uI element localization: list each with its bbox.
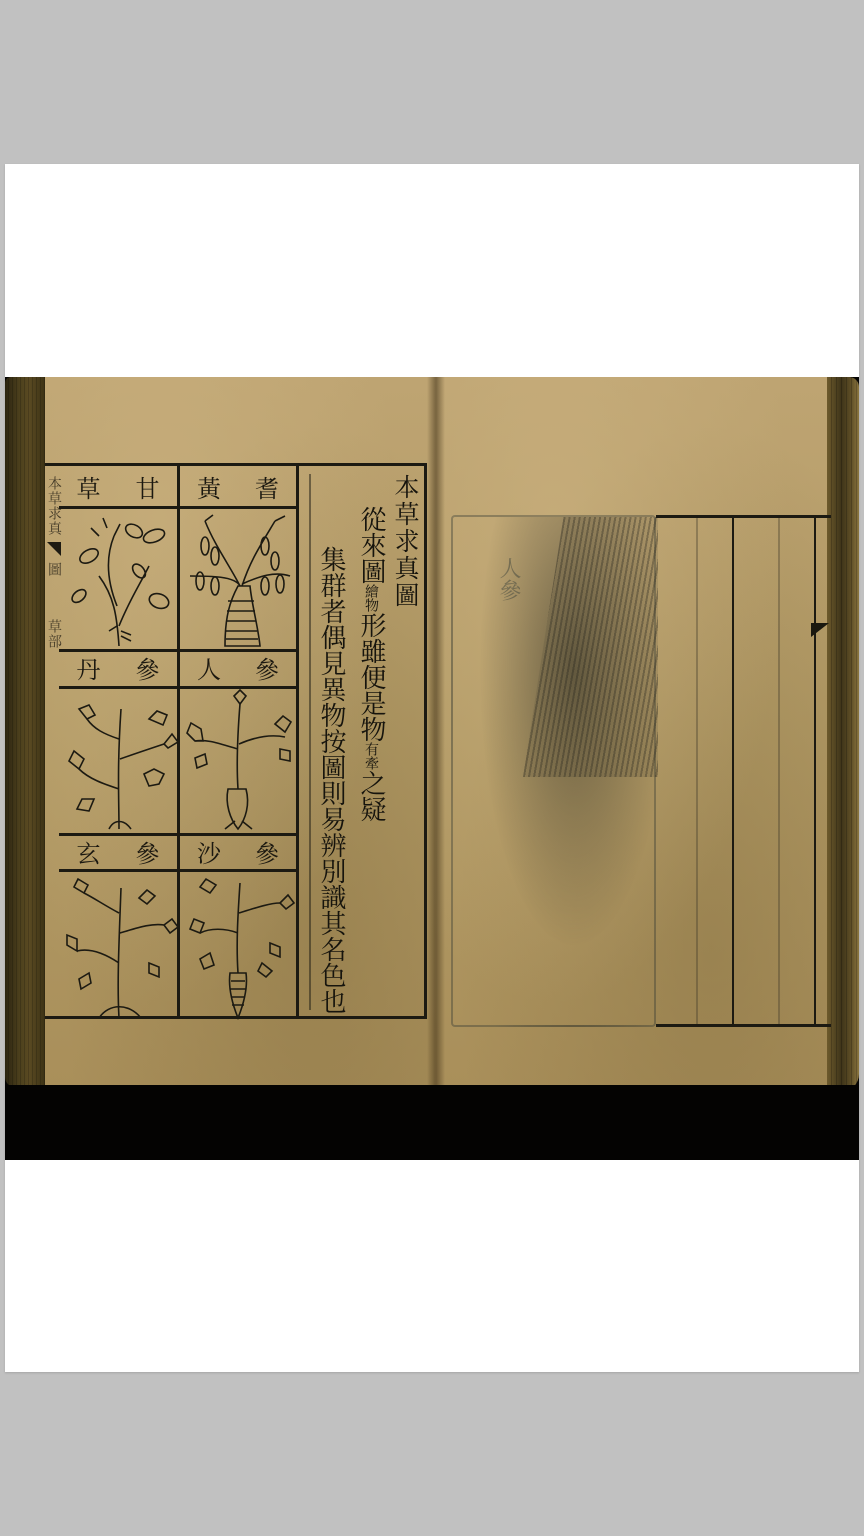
faded-bleed-through-area: 人參 [451, 515, 656, 1027]
renshen-plant-icon [180, 689, 296, 836]
plant-label: 參 人 [180, 649, 296, 686]
column-rule [732, 518, 734, 1024]
plant-label: 參 丹 [59, 649, 177, 686]
preface-column-2: 集群者偶見異物按圖則易辨別識其名色也 [318, 546, 344, 1014]
book-gutter [427, 377, 445, 1092]
open-book: 本草求真 圖 草部 甘 草 [5, 377, 859, 1092]
book-left-edge [5, 377, 45, 1087]
column-rule [696, 518, 698, 1024]
left-page-print-frame: 本草求真 圖 草部 甘 草 [45, 463, 427, 1019]
plant-cell-gancao: 甘 草 [59, 466, 177, 649]
column-rule [814, 518, 816, 1024]
plant-cell-renshen: 參 人 [180, 649, 296, 833]
plant-cell-shashen: 參 沙 [180, 833, 296, 1019]
plant-cell-huangqi: 耆 黃 [180, 466, 296, 649]
preface-text-panel: 本草求真圖 從來圖繪物形雖便是物有牽之疑 集群者偶見異物按圖則易辨別識其名色也 [301, 466, 427, 1016]
column-rule [309, 474, 311, 1010]
danshen-plant-icon [59, 689, 177, 836]
ink-smudge [523, 517, 658, 777]
plant-label: 耆 黃 [180, 466, 296, 506]
xuanshen-plant-icon [59, 873, 177, 1023]
plant-illustration-grid: 甘 草 [59, 466, 299, 1016]
huangqi-plant-icon [180, 506, 296, 649]
preface-column-1: 從來圖繪物形雖便是物有牽之疑 [358, 506, 384, 822]
plant-label: 參 沙 [180, 833, 296, 869]
dark-backdrop [5, 1085, 859, 1160]
plant-cell-xuanshen: 參 玄 [59, 833, 177, 1019]
book-photo: 本草求真 圖 草部 甘 草 [5, 377, 859, 1160]
column-rule [778, 518, 780, 1024]
ghost-text: 人參 [493, 557, 524, 601]
right-page-print-frame: 人參 [451, 515, 831, 1030]
blank-ruled-columns [656, 515, 831, 1027]
book-right-edge [827, 377, 859, 1092]
gancao-plant-icon [59, 506, 177, 649]
plant-label: 參 玄 [59, 833, 177, 869]
plant-label: 甘 草 [59, 466, 177, 506]
book-title: 本草求真圖 [393, 474, 418, 609]
plant-cell-danshen: 參 丹 [59, 649, 177, 833]
shashen-plant-icon [180, 873, 296, 1023]
